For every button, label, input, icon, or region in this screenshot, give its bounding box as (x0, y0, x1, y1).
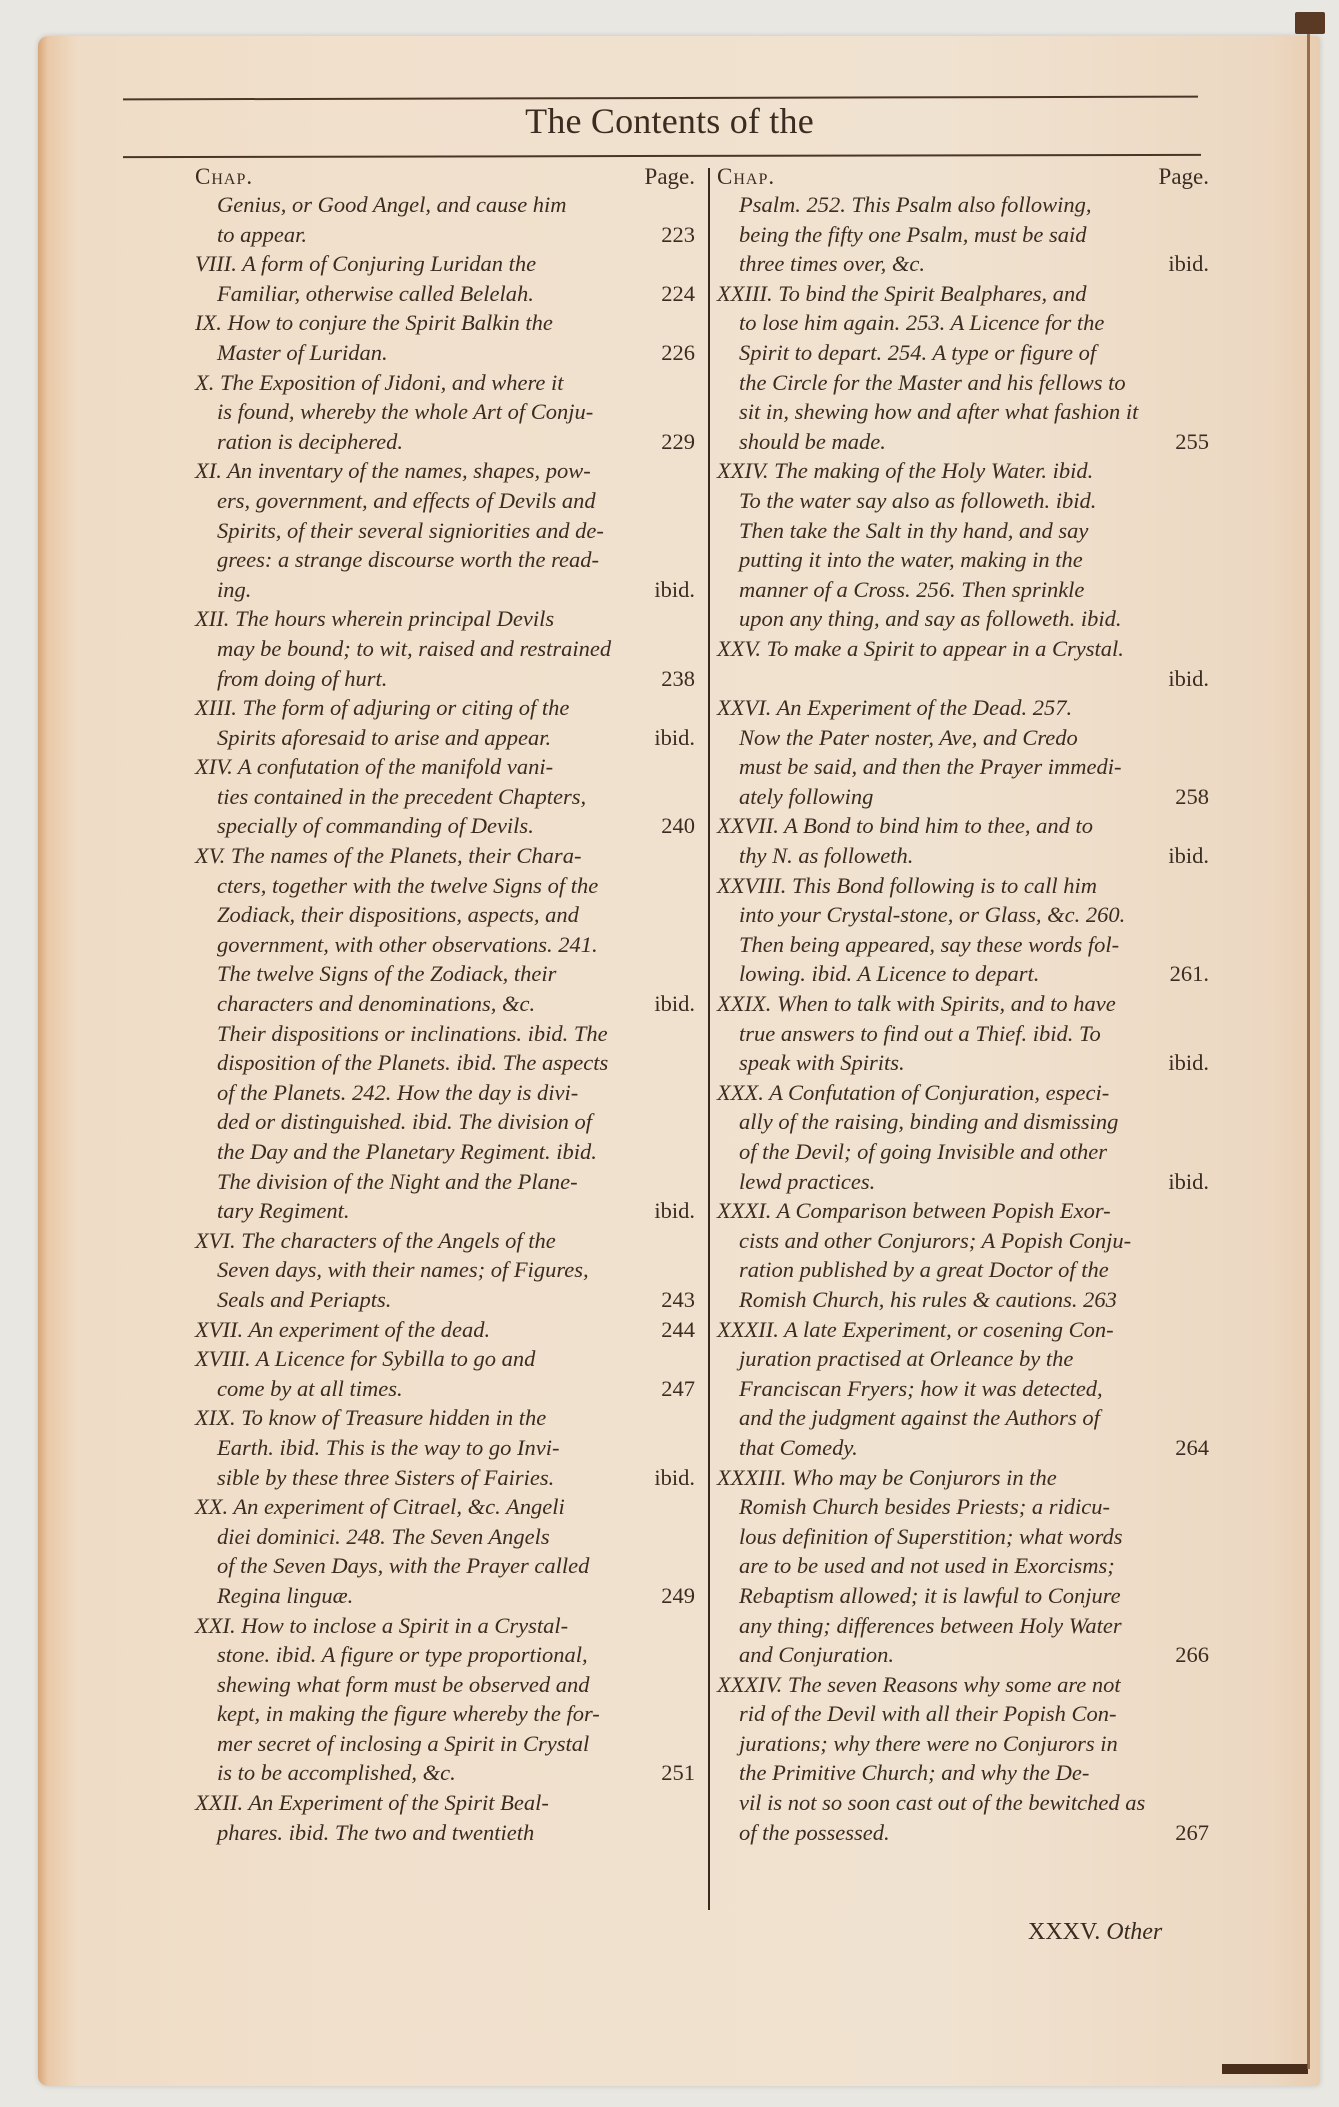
toc-line-text: the Circle for the Master and his fellow… (739, 368, 1126, 398)
toc-line-text: XXIV. The making of the Holy Water. ibid… (717, 456, 1093, 486)
toc-line-text: XXVI. An Experiment of the Dead. 257. (717, 693, 1072, 723)
toc-line: XIII. The form of adjuring or citing of … (195, 693, 695, 723)
toc-line: Spirits, of their several signiorities a… (195, 516, 695, 546)
toc-line: ration published by a great Doctor of th… (717, 1255, 1209, 1285)
toc-line: XXIV. The making of the Holy Water. ibid… (717, 456, 1209, 486)
page-label: Page. (645, 164, 695, 190)
toc-line: come by at all times.247 (195, 1374, 695, 1404)
toc-line-text: that Comedy. (739, 1433, 858, 1463)
toc-line-text: three times over, &c. (739, 249, 925, 279)
toc-line-text: is found, whereby the whole Art of Conju… (217, 397, 593, 427)
column-divider (708, 168, 710, 1910)
page-tab-bottom (1222, 2064, 1308, 2074)
toc-line-page: 267 (1175, 1818, 1209, 1848)
toc-line-text: Spirits, of their several signiorities a… (217, 516, 604, 546)
toc-line-text: grees: a strange discourse worth the rea… (217, 545, 599, 575)
toc-line-text: IX. How to conjure the Spirit Balkin the (195, 308, 553, 338)
toc-line-text: and the judgment against the Authors of (739, 1403, 1100, 1433)
toc-line-text: juration practised at Orleance by the (739, 1344, 1073, 1374)
toc-line-page: 244 (661, 1315, 695, 1345)
toc-line-text: ration published by a great Doctor of th… (739, 1255, 1109, 1285)
toc-line-page: 261. (1170, 959, 1209, 989)
toc-line-page: 264 (1175, 1433, 1209, 1463)
toc-line: of the Devil; of going Invisible and oth… (717, 1137, 1209, 1167)
toc-line: The twelve Signs of the Zodiack, their (195, 959, 695, 989)
toc-line-text: XXX. A Confutation of Conjuration, espec… (717, 1078, 1109, 1108)
toc-line-page: ibid. (654, 1196, 695, 1226)
toc-line: true answers to find out a Thief. ibid. … (717, 1019, 1209, 1049)
toc-line: grees: a strange discourse worth the rea… (195, 545, 695, 575)
toc-line-text: XVIII. A Licence for Sybilla to go and (195, 1344, 535, 1374)
toc-line: XXV. To make a Spirit to appear in a Cry… (717, 634, 1209, 664)
toc-line: of the Planets. 242. How the day is divi… (195, 1078, 695, 1108)
toc-line-page: ibid. (1168, 249, 1209, 279)
toc-line-page: 266 (1175, 1640, 1209, 1670)
toc-line-text: and Conjuration. (739, 1640, 894, 1670)
toc-line-text: of the Planets. 242. How the day is divi… (217, 1078, 578, 1108)
toc-line: stone. ibid. A figure or type proportion… (195, 1640, 695, 1670)
toc-line-text: shewing what form must be observed and (217, 1670, 589, 1700)
toc-line: IX. How to conjure the Spirit Balkin the (195, 308, 695, 338)
toc-line-text: XXVIII. This Bond following is to call h… (717, 871, 1097, 901)
page-tab-top (1295, 12, 1325, 34)
toc-line-page: ibid. (1168, 1167, 1209, 1197)
chap-label: Chap. (195, 164, 253, 190)
toc-line: from doing of hurt.238 (195, 664, 695, 694)
toc-line: the Circle for the Master and his fellow… (717, 368, 1209, 398)
toc-line-text: Spirits aforesaid to arise and appear. (217, 723, 551, 753)
toc-line-text: Franciscan Fryers; how it was detected, (739, 1374, 1103, 1404)
toc-line: XII. The hours wherein principal Devils (195, 604, 695, 634)
toc-line-text: may be bound; to wit, raised and restrai… (217, 634, 611, 664)
toc-line: the Day and the Planetary Regiment. ibid… (195, 1137, 695, 1167)
toc-line: to appear.223 (195, 220, 695, 250)
toc-line: ally of the raising, binding and dismiss… (717, 1107, 1209, 1137)
toc-line-page: ibid. (1168, 841, 1209, 871)
toc-line-text: XXI. How to inclose a Spirit in a Crysta… (195, 1611, 568, 1641)
toc-line: ately following258 (717, 782, 1209, 812)
toc-line: ers, government, and effects of Devils a… (195, 486, 695, 516)
toc-line: XX. An experiment of Citrael, &c. Angeli (195, 1492, 695, 1522)
toc-line: cists and other Conjurors; A Popish Conj… (717, 1226, 1209, 1256)
toc-line: Then take the Salt in thy hand, and say (717, 516, 1209, 546)
toc-line: XXII. An Experiment of the Spirit Beal- (195, 1788, 695, 1818)
toc-line: disposition of the Planets. ibid. The as… (195, 1048, 695, 1078)
toc-line: should be made.255 (717, 427, 1209, 457)
toc-line-text: diei dominici. 248. The Seven Angels (217, 1522, 550, 1552)
running-head: The Contents of the (0, 100, 1339, 142)
toc-line-text: cters, together with the twelve Signs of… (217, 871, 598, 901)
toc-line: characters and denominations, &c.ibid. (195, 989, 695, 1019)
toc-line-text: lewd practices. (739, 1167, 875, 1197)
toc-line-text: jurations; why there were no Conjurors i… (739, 1729, 1118, 1759)
toc-line: phares. ibid. The two and twentieth (195, 1818, 695, 1848)
toc-line: XVI. The characters of the Angels of the (195, 1226, 695, 1256)
toc-line-text: lous definition of Superstition; what wo… (739, 1522, 1123, 1552)
toc-line-text: XXXII. A late Experiment, or cosening Co… (717, 1315, 1114, 1345)
toc-line-text: X. The Exposition of Jidoni, and where i… (195, 368, 564, 398)
toc-line: to lose him again. 253. A Licence for th… (717, 308, 1209, 338)
toc-line: sit in, shewing how and after what fashi… (717, 397, 1209, 427)
toc-line-text: Seven days, with their names; of Figures… (217, 1255, 589, 1285)
toc-line-text: XVI. The characters of the Angels of the (195, 1226, 556, 1256)
toc-line-text: Rebaptism allowed; it is lawful to Conju… (739, 1581, 1121, 1611)
toc-line-text: of the Seven Days, with the Prayer calle… (217, 1551, 589, 1581)
toc-line-text: ties contained in the precedent Chapters… (217, 782, 586, 812)
page-edge-line (1307, 34, 1310, 2069)
toc-line-page: 243 (661, 1285, 695, 1315)
toc-line-text: mer secret of inclosing a Spirit in Crys… (217, 1729, 589, 1759)
toc-line-text: ately following (739, 782, 873, 812)
page-label: Page. (1159, 164, 1209, 190)
toc-line: ded or distinguished. ibid. The division… (195, 1107, 695, 1137)
left-column: Chap. Page. Genius, or Good Angel, and c… (195, 158, 695, 1847)
toc-line: mer secret of inclosing a Spirit in Crys… (195, 1729, 695, 1759)
toc-line-text: XI. An inventary of the names, shapes, p… (195, 456, 591, 486)
toc-line-text: Seals and Periapts. (217, 1285, 391, 1315)
toc-line: ties contained in the precedent Chapters… (195, 782, 695, 812)
toc-line: Regina linguæ.249 (195, 1581, 695, 1611)
toc-line-text: speak with Spirits. (739, 1048, 905, 1078)
toc-line: XVII. An experiment of the dead.244 (195, 1315, 695, 1345)
toc-line-text: Psalm. 252. This Psalm also following, (739, 190, 1092, 220)
toc-line: Psalm. 252. This Psalm also following, (717, 190, 1209, 220)
toc-line: speak with Spirits.ibid. (717, 1048, 1209, 1078)
toc-line-text: XXII. An Experiment of the Spirit Beal- (195, 1788, 549, 1818)
toc-line: XVIII. A Licence for Sybilla to go and (195, 1344, 695, 1374)
toc-line: lous definition of Superstition; what wo… (717, 1522, 1209, 1552)
toc-line-page: 249 (661, 1581, 695, 1611)
toc-line-text: ing. (217, 575, 251, 605)
toc-line-text: XX. An experiment of Citrael, &c. Angeli (195, 1492, 565, 1522)
toc-line-text: Then being appeared, say these words fol… (739, 930, 1119, 960)
toc-line-text: ers, government, and effects of Devils a… (217, 486, 596, 516)
toc-line: of the Seven Days, with the Prayer calle… (195, 1551, 695, 1581)
toc-line: Master of Luridan.226 (195, 338, 695, 368)
toc-line-text: Romish Church, his rules & cautions. 263 (739, 1285, 1117, 1315)
toc-line: Seven days, with their names; of Figures… (195, 1255, 695, 1285)
toc-line-text: from doing of hurt. (217, 664, 387, 694)
toc-line-page: 226 (661, 338, 695, 368)
toc-line-page: ibid. (654, 575, 695, 605)
toc-line-text: Then take the Salt in thy hand, and say (739, 516, 1088, 546)
toc-line: To the water say also as followeth. ibid… (717, 486, 1209, 516)
toc-line-text: XVII. An experiment of the dead. (195, 1315, 490, 1345)
toc-line: must be said, and then the Prayer immedi… (717, 752, 1209, 782)
toc-line-text: putting it into the water, making in the (739, 545, 1083, 575)
toc-line-text: ration is deciphered. (217, 427, 403, 457)
toc-line-text: manner of a Cross. 256. Then sprinkle (739, 575, 1084, 605)
toc-line-text: the Day and the Planetary Regiment. ibid… (217, 1137, 597, 1167)
toc-line-text: XXIX. When to talk with Spirits, and to … (717, 989, 1116, 1019)
toc-line-page: ibid. (654, 723, 695, 753)
toc-line-page: 224 (661, 279, 695, 309)
toc-line-page: 255 (1175, 427, 1209, 457)
toc-line: Romish Church besides Priests; a ridicu- (717, 1492, 1209, 1522)
toc-line-page: ibid. (654, 1463, 695, 1493)
toc-line: Their dispositions or inclinations. ibid… (195, 1019, 695, 1049)
toc-line-text: kept, in making the figure whereby the f… (217, 1699, 600, 1729)
toc-line: into your Crystal-stone, or Glass, &c. 2… (717, 900, 1209, 930)
toc-line: any thing; differences between Holy Wate… (717, 1611, 1209, 1641)
toc-line: three times over, &c.ibid. (717, 249, 1209, 279)
toc-line: XXIII. To bind the Spirit Bealphares, an… (717, 279, 1209, 309)
toc-line-text: XIV. A confutation of the manifold vani- (195, 752, 553, 782)
toc-line: Familiar, otherwise called Belelah.224 (195, 279, 695, 309)
toc-line: upon any thing, and say as followeth. ib… (717, 604, 1209, 634)
toc-line: shewing what form must be observed and (195, 1670, 695, 1700)
toc-line: Seals and Periapts.243 (195, 1285, 695, 1315)
toc-line-text: To the water say also as followeth. ibid… (739, 486, 1096, 516)
toc-line-text: to appear. (217, 220, 307, 250)
toc-line: Spirit to depart. 254. A type or figure … (717, 338, 1209, 368)
toc-line-text: Spirit to depart. 254. A type or figure … (739, 338, 1096, 368)
right-column-header: Chap. Page. (717, 158, 1209, 190)
toc-line-text: Romish Church besides Priests; a ridicu- (739, 1492, 1110, 1522)
toc-line: Spirits aforesaid to arise and appear.ib… (195, 723, 695, 753)
toc-line: XXVII. A Bond to bind him to thee, and t… (717, 811, 1209, 841)
toc-line-text: Their dispositions or inclinations. ibid… (217, 1019, 608, 1049)
toc-line-text: must be said, and then the Prayer immedi… (739, 752, 1121, 782)
toc-line: XXX. A Confutation of Conjuration, espec… (717, 1078, 1209, 1108)
toc-line: XI. An inventary of the names, shapes, p… (195, 456, 695, 486)
toc-line: thy N. as followeth.ibid. (717, 841, 1209, 871)
toc-line: vil is not so soon cast out of the bewit… (717, 1788, 1209, 1818)
toc-line-text: Zodiack, their dispositions, aspects, an… (217, 900, 579, 930)
toc-line-text: XXXI. A Comparison between Popish Exor- (717, 1196, 1111, 1226)
toc-line: XXXII. A late Experiment, or cosening Co… (717, 1315, 1209, 1345)
toc-line: specially of commanding of Devils.240 (195, 811, 695, 841)
toc-line: XXXIII. Who may be Conjurors in the (717, 1463, 1209, 1493)
toc-line: XXVIII. This Bond following is to call h… (717, 871, 1209, 901)
toc-line-text: to lose him again. 253. A Licence for th… (739, 308, 1104, 338)
toc-line-text: tary Regiment. (217, 1196, 349, 1226)
toc-line: XIV. A confutation of the manifold vani- (195, 752, 695, 782)
toc-line-text: Now the Pater noster, Ave, and Credo (739, 723, 1078, 753)
toc-line-text: thy N. as followeth. (739, 841, 913, 871)
toc-line-page: 258 (1175, 782, 1209, 812)
toc-line: sible by these three Sisters of Fairies.… (195, 1463, 695, 1493)
left-entries: Genius, or Good Angel, and cause himto a… (195, 190, 695, 1847)
toc-line: X. The Exposition of Jidoni, and where i… (195, 368, 695, 398)
toc-line-text: sible by these three Sisters of Fairies. (217, 1463, 554, 1493)
toc-line-text: XXVII. A Bond to bind him to thee, and t… (717, 811, 1093, 841)
toc-line-page: ibid. (1168, 1048, 1209, 1078)
toc-line-page: ibid. (654, 989, 695, 1019)
toc-line-text: The division of the Night and the Plane- (217, 1167, 578, 1197)
toc-line: Earth. ibid. This is the way to go Invi- (195, 1433, 695, 1463)
toc-line: juration practised at Orleance by the (717, 1344, 1209, 1374)
toc-line: Romish Church, his rules & cautions. 263 (717, 1285, 1209, 1315)
toc-line: XXIX. When to talk with Spirits, and to … (717, 989, 1209, 1019)
toc-line: Zodiack, their dispositions, aspects, an… (195, 900, 695, 930)
toc-line-page: 223 (661, 220, 695, 250)
toc-line: is found, whereby the whole Art of Conju… (195, 397, 695, 427)
toc-line: Rebaptism allowed; it is lawful to Conju… (717, 1581, 1209, 1611)
toc-line-text: upon any thing, and say as followeth. ib… (739, 604, 1122, 634)
toc-line: ibid. (717, 664, 1209, 694)
toc-line-text: is to be accomplished, &c. (217, 1758, 456, 1788)
left-column-header: Chap. Page. (195, 158, 695, 190)
toc-line: and Conjuration.266 (717, 1640, 1209, 1670)
toc-line-text: XXXIII. Who may be Conjurors in the (717, 1463, 1057, 1493)
toc-line: ration is deciphered.229 (195, 427, 695, 457)
toc-line-text: XXV. To make a Spirit to appear in a Cry… (717, 634, 1124, 664)
toc-line-text: specially of commanding of Devils. (217, 811, 534, 841)
toc-line-text: VIII. A form of Conjuring Luridan the (195, 249, 536, 279)
toc-line-text: any thing; differences between Holy Wate… (739, 1611, 1122, 1641)
toc-line-text: ded or distinguished. ibid. The division… (217, 1107, 592, 1137)
toc-line: of the possessed.267 (717, 1818, 1209, 1848)
toc-line-text: characters and denominations, &c. (217, 989, 535, 1019)
toc-line-text: government, with other observations. 241… (217, 930, 598, 960)
toc-line-page: ibid. (1168, 664, 1209, 694)
toc-line-text: are to be used and not used in Exorcisms… (739, 1551, 1115, 1581)
toc-line-text: true answers to find out a Thief. ibid. … (739, 1019, 1101, 1049)
toc-line: XV. The names of the Planets, their Char… (195, 841, 695, 871)
toc-line-text: The twelve Signs of the Zodiack, their (217, 959, 556, 989)
catchword-word: Other (1106, 1919, 1162, 1945)
toc-line: Then being appeared, say these words fol… (717, 930, 1209, 960)
toc-line: ing.ibid. (195, 575, 695, 605)
toc-line: that Comedy.264 (717, 1433, 1209, 1463)
toc-line: diei dominici. 248. The Seven Angels (195, 1522, 695, 1552)
chap-label: Chap. (717, 164, 775, 190)
toc-line: Genius, or Good Angel, and cause him (195, 190, 695, 220)
toc-line-text: stone. ibid. A figure or type proportion… (217, 1640, 588, 1670)
toc-line: lewd practices.ibid. (717, 1167, 1209, 1197)
toc-line: being the fifty one Psalm, must be said (717, 220, 1209, 250)
toc-line-page: 229 (661, 427, 695, 457)
toc-line-text: lowing. ibid. A Licence to depart. (739, 959, 1039, 989)
toc-line-page: 240 (661, 811, 695, 841)
toc-line: cters, together with the twelve Signs of… (195, 871, 695, 901)
toc-line: putting it into the water, making in the (717, 545, 1209, 575)
toc-line: is to be accomplished, &c.251 (195, 1758, 695, 1788)
toc-line: tary Regiment.ibid. (195, 1196, 695, 1226)
toc-line-text: come by at all times. (217, 1374, 403, 1404)
toc-line: Now the Pater noster, Ave, and Credo (717, 723, 1209, 753)
toc-line-text: XXIII. To bind the Spirit Bealphares, an… (717, 279, 1087, 309)
toc-line-text: Familiar, otherwise called Belelah. (217, 279, 534, 309)
toc-line: kept, in making the figure whereby the f… (195, 1699, 695, 1729)
toc-line: XIX. To know of Treasure hidden in the (195, 1403, 695, 1433)
toc-line: are to be used and not used in Exorcisms… (717, 1551, 1209, 1581)
toc-line-text: XV. The names of the Planets, their Char… (195, 841, 581, 871)
toc-line-text: vil is not so soon cast out of the bewit… (739, 1788, 1145, 1818)
toc-line: XXXIV. The seven Reasons why some are no… (717, 1670, 1209, 1700)
toc-line: XXI. How to inclose a Spirit in a Crysta… (195, 1611, 695, 1641)
toc-line: the Primitive Church; and why the De- (717, 1758, 1209, 1788)
toc-line-text: sit in, shewing how and after what fashi… (739, 397, 1138, 427)
toc-line-page: 251 (661, 1758, 695, 1788)
toc-line: may be bound; to wit, raised and restrai… (195, 634, 695, 664)
toc-line-text: the Primitive Church; and why the De- (739, 1758, 1089, 1788)
toc-line-text: Regina linguæ. (217, 1581, 353, 1611)
catchword: XXXV. Other (1028, 1919, 1162, 1946)
toc-line: government, with other observations. 241… (195, 930, 695, 960)
toc-line-text: phares. ibid. The two and twentieth (217, 1818, 534, 1848)
toc-line: rid of the Devil with all their Popish C… (717, 1699, 1209, 1729)
toc-line-text: should be made. (739, 427, 886, 457)
toc-line-text: XIX. To know of Treasure hidden in the (195, 1403, 546, 1433)
toc-line-text: Genius, or Good Angel, and cause him (217, 190, 567, 220)
toc-line: lowing. ibid. A Licence to depart.261. (717, 959, 1209, 989)
toc-line: and the judgment against the Authors of (717, 1403, 1209, 1433)
toc-line-page: 238 (661, 664, 695, 694)
toc-line: Franciscan Fryers; how it was detected, (717, 1374, 1209, 1404)
toc-line-text: into your Crystal-stone, or Glass, &c. 2… (739, 900, 1125, 930)
toc-line-text: ally of the raising, binding and dismiss… (739, 1107, 1118, 1137)
toc-line-text: disposition of the Planets. ibid. The as… (217, 1048, 608, 1078)
toc-line-text: rid of the Devil with all their Popish C… (739, 1699, 1116, 1729)
catchword-numeral: XXXV. (1028, 1919, 1100, 1945)
right-column: Chap. Page. Psalm. 252. This Psalm also … (717, 158, 1209, 1847)
toc-line: VIII. A form of Conjuring Luridan the (195, 249, 695, 279)
toc-line-text: XII. The hours wherein principal Devils (195, 604, 554, 634)
toc-line-text: Master of Luridan. (217, 338, 388, 368)
toc-line-text: being the fifty one Psalm, must be said (739, 220, 1086, 250)
toc-line: manner of a Cross. 256. Then sprinkle (717, 575, 1209, 605)
toc-line: The division of the Night and the Plane- (195, 1167, 695, 1197)
toc-line-text: of the Devil; of going Invisible and oth… (739, 1137, 1107, 1167)
toc-line-page: 247 (661, 1374, 695, 1404)
toc-line-text: XIII. The form of adjuring or citing of … (195, 693, 569, 723)
right-entries: Psalm. 252. This Psalm also following,be… (717, 190, 1209, 1847)
toc-line-text: Earth. ibid. This is the way to go Invi- (217, 1433, 560, 1463)
toc-line-text: cists and other Conjurors; A Popish Conj… (739, 1226, 1131, 1256)
toc-line-text: XXXIV. The seven Reasons why some are no… (717, 1670, 1121, 1700)
toc-line: jurations; why there were no Conjurors i… (717, 1729, 1209, 1759)
toc-line: XXXI. A Comparison between Popish Exor- (717, 1196, 1209, 1226)
toc-line-text: of the possessed. (739, 1818, 890, 1848)
toc-line: XXVI. An Experiment of the Dead. 257. (717, 693, 1209, 723)
